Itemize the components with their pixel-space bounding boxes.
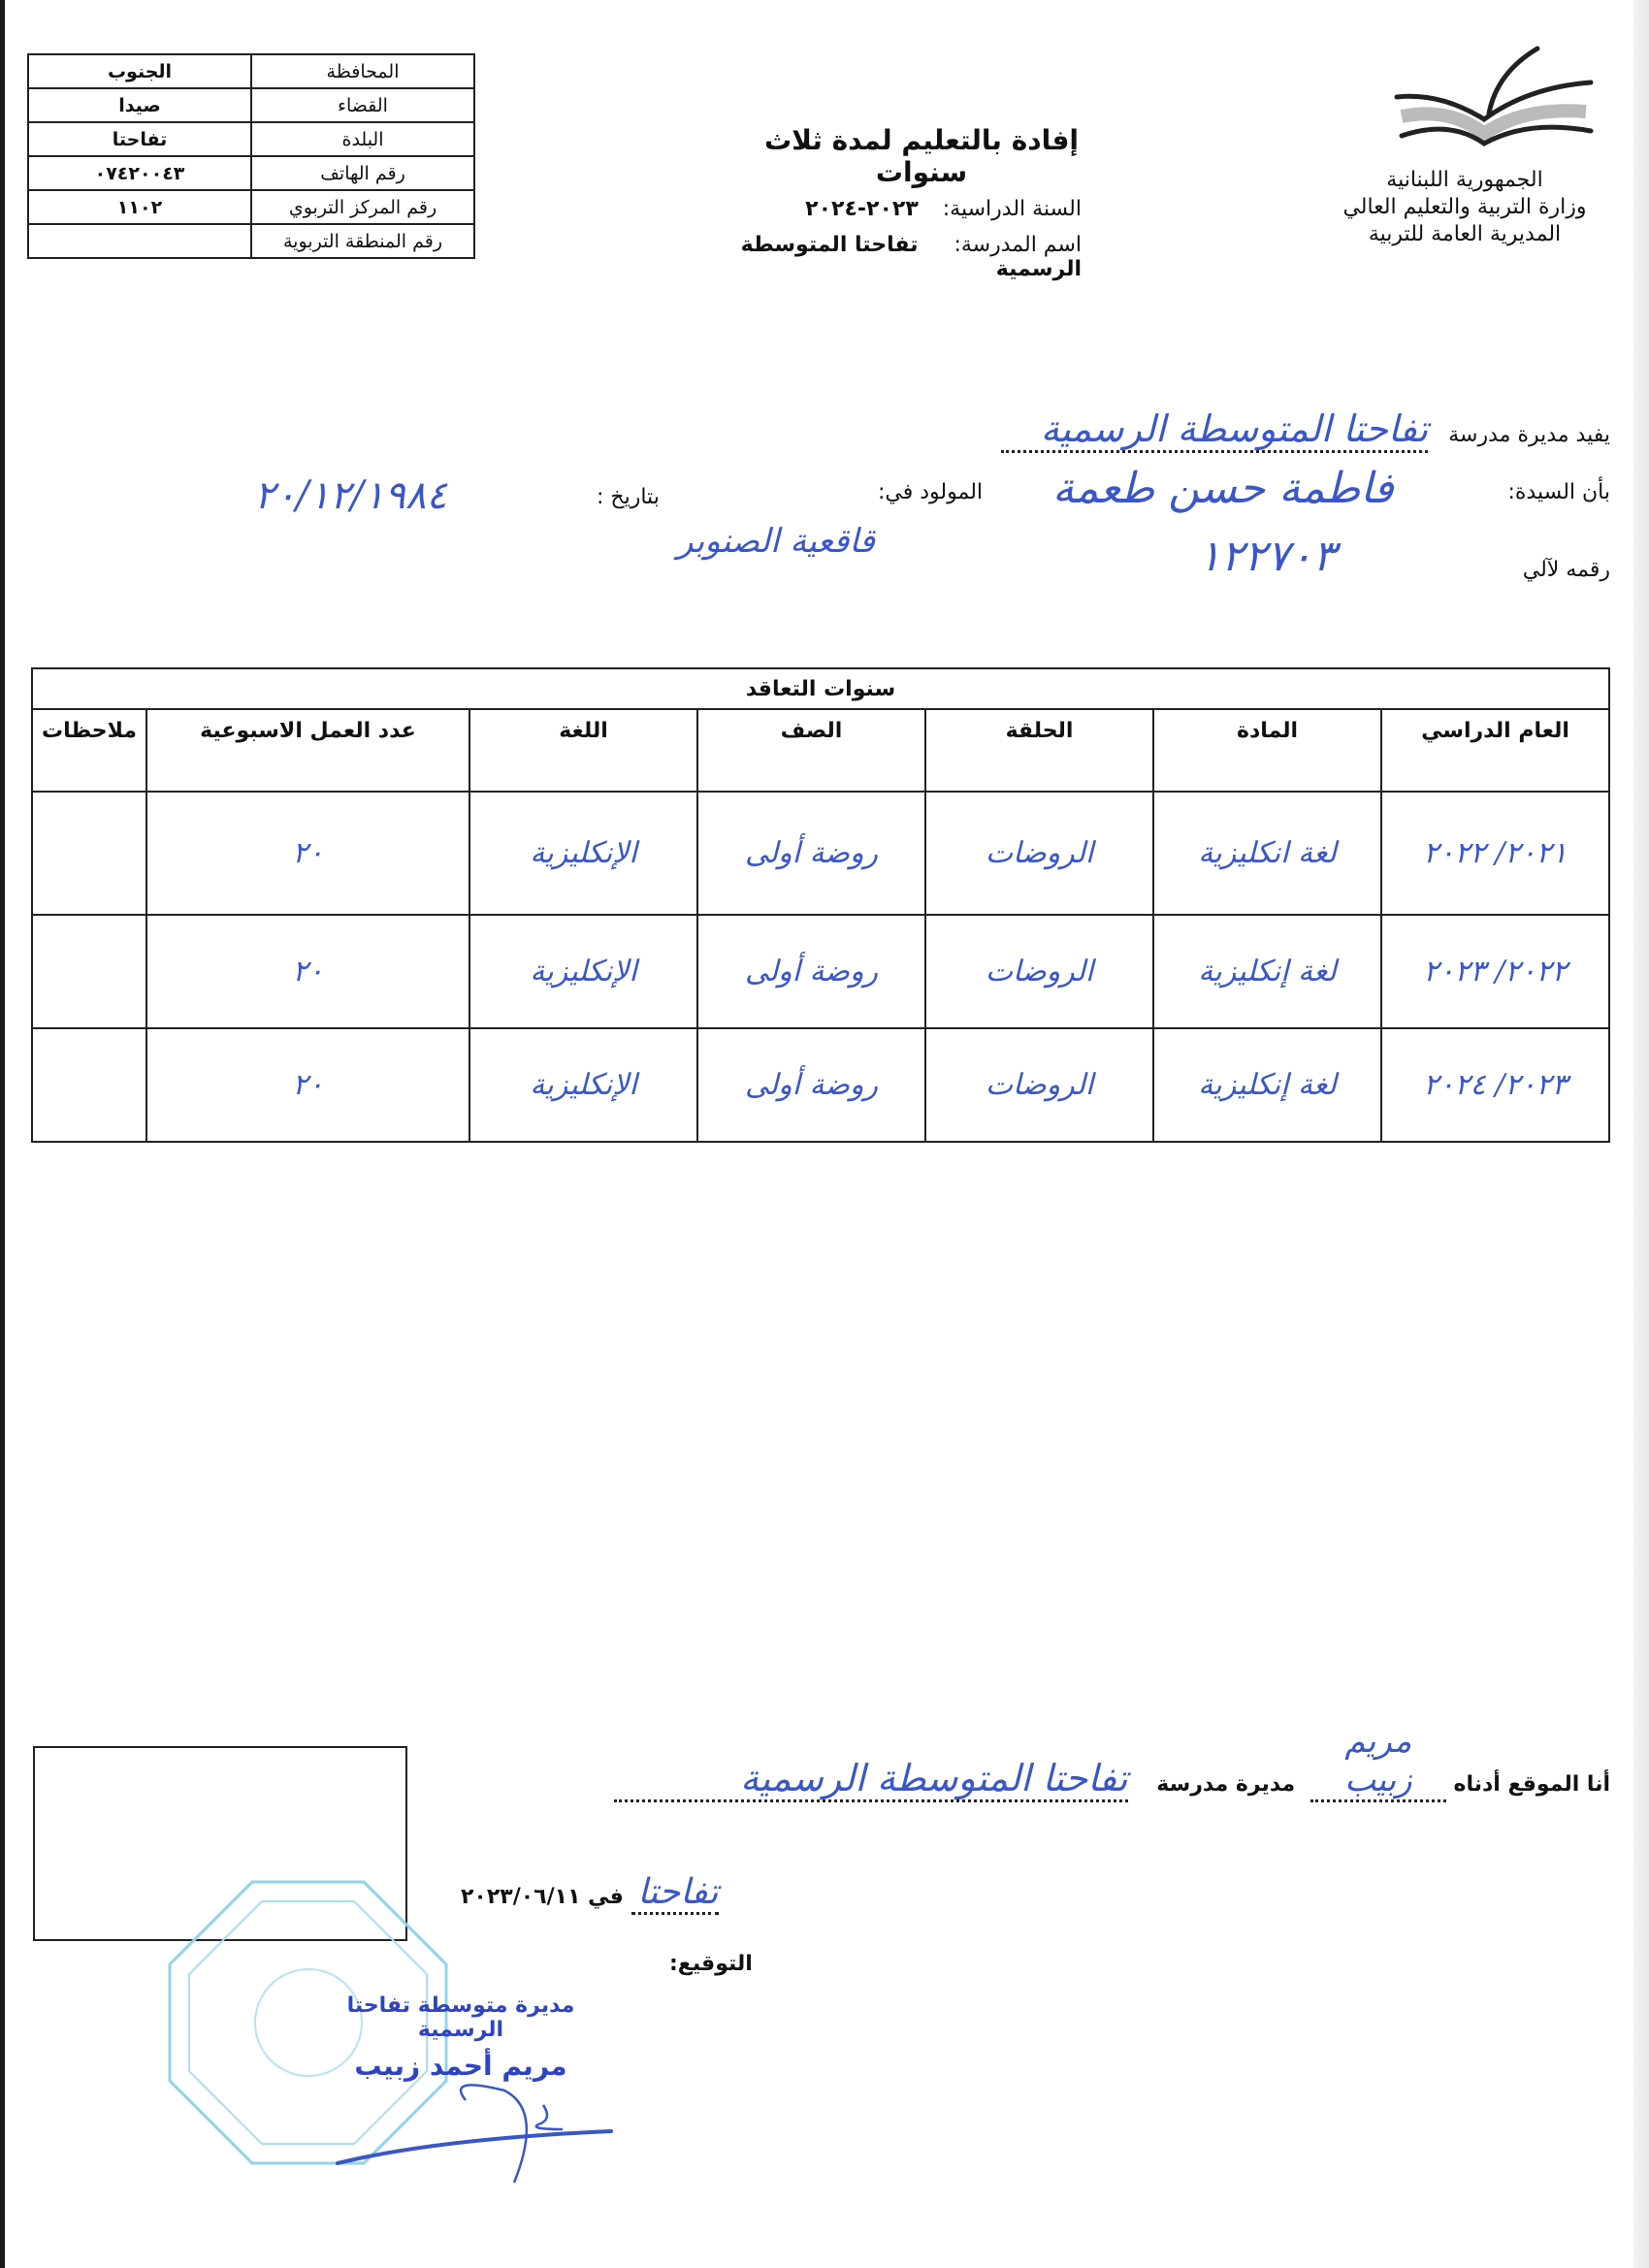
scan-edge — [0, 0, 5, 2268]
info-label: البلدة — [251, 122, 474, 156]
cell-language: الإنكليزية — [469, 1028, 697, 1142]
intro-label: يفيد مديرة مدرسة — [1448, 423, 1610, 447]
column-header: العام الدراسي — [1381, 709, 1609, 792]
cell-grade: روضة أولى — [697, 915, 925, 1028]
id-label: رقمه لآلي — [1523, 558, 1610, 582]
cell-notes — [32, 1028, 146, 1142]
stamp-line: مريم أحمد زبيب — [310, 2050, 611, 2082]
cell-subject: لغة إنكليزية — [1153, 1028, 1381, 1142]
info-value: ١١٠٢ — [28, 190, 251, 224]
info-label: رقم المركز التربوي — [251, 190, 474, 224]
column-header: المادة — [1153, 709, 1381, 792]
cell-cycle: الروضات — [925, 1028, 1153, 1142]
person-line: بأن السيدة: — [1507, 480, 1610, 504]
undersigned-handwritten: مريم زبيب — [1310, 1722, 1446, 1802]
stamp-line: مديرة متوسطة تفاحتا الرسمية — [310, 1993, 611, 2042]
table-row: ٢٠٢٢/ ٢٠٢٣ لغة إنكليزية الروضات روضة أول… — [32, 915, 1609, 1028]
info-row: القضاء صيدا — [28, 88, 474, 122]
cell-year: ٢٠٢١/ ٢٠٢٢ — [1381, 792, 1609, 915]
place-date-line: تفاحتا في ٢٠٢٣/٠٦/١١ — [461, 1872, 719, 1915]
birthdate-label: بتاريخ : — [597, 485, 660, 509]
column-header: الحلقة — [925, 709, 1153, 792]
cell-language: الإنكليزية — [469, 792, 697, 915]
academic-year-line: السنة الدراسية: ٢٠٢٣-٢٠٢٤ — [679, 197, 1082, 221]
info-value — [28, 224, 251, 258]
id-handwritten: ١٢٢٧٠٣ — [1198, 532, 1336, 581]
info-label: رقم المنطقة التربوية — [251, 224, 474, 258]
cell-weekly-hours: ٢٠ — [146, 1028, 469, 1142]
signature-label: التوقيع: — [669, 1952, 753, 1976]
info-label: المحافظة — [251, 54, 474, 88]
person-label: بأن السيدة: — [1507, 480, 1610, 504]
cell-grade: روضة أولى — [697, 792, 925, 915]
director-label: مديرة مدرسة — [1156, 1772, 1295, 1797]
undersigned-line: أنا الموقع أدناه مريم زبيب مديرة مدرسة ت… — [614, 1722, 1610, 1802]
cell-cycle: الروضات — [925, 792, 1153, 915]
date-prefix: في — [588, 1885, 624, 1909]
academic-year-label: السنة الدراسية: — [943, 197, 1082, 221]
cell-language: الإنكليزية — [469, 915, 697, 1028]
cell-cycle: الروضات — [925, 915, 1153, 1028]
date-value: ٢٠٢٣/٠٦/١١ — [461, 1885, 581, 1909]
school-info-table: المحافظة الجنوب القضاء صيدا البلدة تفاحت… — [27, 53, 475, 259]
cell-grade: روضة أولى — [697, 1028, 925, 1142]
table-caption-row: سنوات التعاقد — [32, 668, 1609, 709]
table-row: ٢٠٢١/ ٢٠٢٢ لغة انكليزية الروضات روضة أول… — [32, 792, 1609, 915]
column-header: الصف — [697, 709, 925, 792]
info-row: رقم الهاتف ٠٧٤٢٠٠٤٣ — [28, 156, 474, 190]
table-row: ٢٠٢٣/ ٢٠٢٤ لغة إنكليزية الروضات روضة أول… — [32, 1028, 1609, 1142]
info-label: رقم الهاتف — [251, 156, 474, 190]
intro-school-handwritten: تفاحتا المتوسطة الرسمية — [1001, 407, 1428, 453]
info-value: الجنوب — [28, 54, 251, 88]
cell-year: ٢٠٢٣/ ٢٠٢٤ — [1381, 1028, 1609, 1142]
cell-notes — [32, 915, 146, 1028]
school-name-line: اسم المدرسة: تفاحتا المتوسطة الرسمية — [660, 233, 1082, 281]
info-value: ٠٧٤٢٠٠٤٣ — [28, 156, 251, 190]
info-row: البلدة تفاحتا — [28, 122, 474, 156]
cell-notes — [32, 792, 146, 915]
column-header: اللغة — [469, 709, 697, 792]
info-row: المحافظة الجنوب — [28, 54, 474, 88]
cell-weekly-hours: ٢٠ — [146, 915, 469, 1028]
ministry-line: الجمهورية اللبنانية — [1319, 167, 1610, 194]
born-label: المولود في: — [878, 480, 983, 504]
ministry-header: الجمهورية اللبنانية وزارة التربية والتعل… — [1319, 167, 1610, 248]
signature-icon — [320, 2081, 679, 2187]
cell-weekly-hours: ٢٠ — [146, 792, 469, 915]
person-handwritten: فاطمة حسن طعمة — [1052, 464, 1394, 513]
intro-line: يفيد مديرة مدرسة تفاحتا المتوسطة الرسمية — [1001, 407, 1610, 453]
place-handwritten: تفاحتا — [631, 1872, 719, 1915]
info-value: تفاحتا — [28, 122, 251, 156]
academic-year-value: ٢٠٢٣-٢٠٢٤ — [805, 197, 919, 221]
table-header-row: العام الدراسي المادة الحلقة الصف اللغة ع… — [32, 709, 1609, 792]
scan-edge — [1633, 0, 1649, 2268]
table-caption: سنوات التعاقد — [32, 668, 1609, 709]
ministry-line: المديرية العامة للتربية — [1319, 221, 1610, 248]
column-header: ملاحظات — [32, 709, 146, 792]
cell-year: ٢٠٢٢/ ٢٠٢٣ — [1381, 915, 1609, 1028]
ministry-logo-icon — [1382, 44, 1625, 150]
column-header: عدد العمل الاسبوعية — [146, 709, 469, 792]
info-row: رقم المنطقة التربوية — [28, 224, 474, 258]
birthdate-handwritten: ٢٠/١٢/١٩٨٤ — [254, 473, 447, 518]
director-school-handwritten: تفاحتا المتوسطة الرسمية — [614, 1757, 1128, 1802]
info-row: رقم المركز التربوي ١١٠٢ — [28, 190, 474, 224]
ministry-line: وزارة التربية والتعليم العالي — [1319, 194, 1610, 221]
birthplace-handwritten: قاقعية الصنوبر — [669, 522, 883, 561]
info-value: صيدا — [28, 88, 251, 122]
document-title: إفادة بالتعليم لمدة ثلاث سنوات — [718, 124, 1125, 188]
undersigned-label: أنا الموقع أدناه — [1454, 1772, 1611, 1797]
school-name-label: اسم المدرسة: — [954, 233, 1082, 257]
stamp-text: مديرة متوسطة تفاحتا الرسمية مريم أحمد زب… — [310, 1993, 611, 2082]
info-label: القضاء — [251, 88, 474, 122]
cell-subject: لغة انكليزية — [1153, 792, 1381, 915]
contract-years-table: سنوات التعاقد العام الدراسي المادة الحلق… — [31, 667, 1610, 1143]
cell-subject: لغة إنكليزية — [1153, 915, 1381, 1028]
